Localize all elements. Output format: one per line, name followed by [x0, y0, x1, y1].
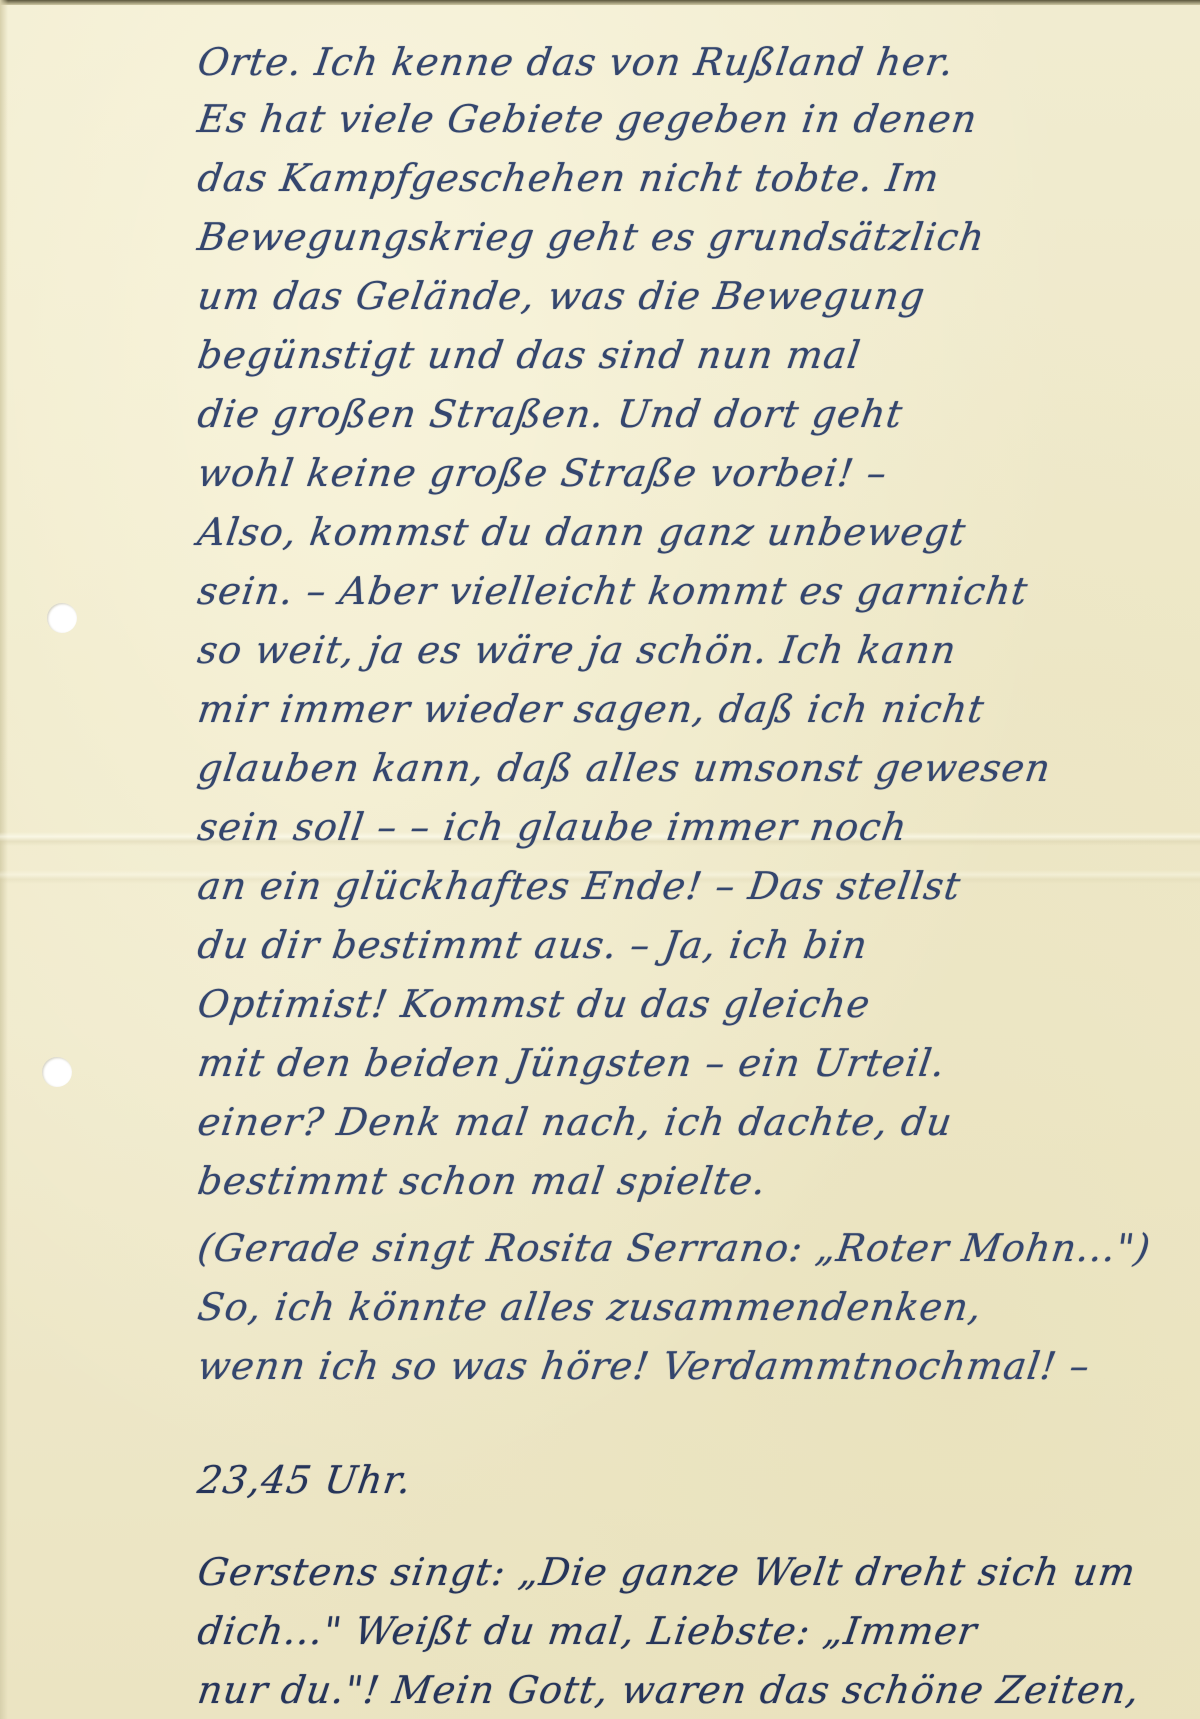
letter-line: um das Gelände, was die Bewegung	[195, 274, 928, 318]
letter-line: das Kampfgeschehen nicht tobte. Im	[195, 156, 942, 200]
letter-line: bestimmt schon mal spielte.	[195, 1159, 769, 1203]
letter-line: wenn ich so was höre! Verdammtnochmal! –	[195, 1344, 1093, 1388]
letter-line: Bewegungskrieg geht es grundsätzlich	[195, 215, 988, 259]
letter-line: begünstigt und das sind nun mal	[195, 333, 864, 377]
punch-hole-icon	[42, 1057, 72, 1087]
letter-line: so weit, ja es wäre ja schön. Ich kann	[195, 628, 959, 672]
letter-line: mir immer wieder sagen, daß ich nicht	[195, 687, 987, 731]
letter-line: Orte. Ich kenne das von Rußland her.	[195, 40, 957, 84]
letter-line: sein. – Aber vielleicht kommt es garnich…	[195, 569, 1031, 613]
letter-line: Gerstens singt: „Die ganze Welt dreht si…	[195, 1550, 1139, 1594]
letter-line: So, ich könnte alles zusammendenken,	[195, 1285, 985, 1329]
timestamp-line: 23,45 Uhr.	[195, 1458, 415, 1502]
letter-line: nur du."! Mein Gott, waren das schöne Ze…	[195, 1668, 1143, 1712]
letter-line: Also, kommst du dann ganz unbewegt	[195, 510, 969, 554]
letter-line: einer? Denk mal nach, ich dachte, du	[195, 1100, 955, 1144]
paper-top-edge	[0, 0, 1200, 5]
paper-left-edge	[0, 0, 8, 1719]
letter-line: dich..." Weißt du mal, Liebste: „Immer	[195, 1609, 980, 1653]
letter-line-parenthetical: (Gerade singt Rosita Serrano: „Roter Moh…	[195, 1226, 1154, 1270]
letter-line: glauben kann, daß alles umsonst gewesen	[195, 746, 1054, 790]
letter-line: sein soll – – ich glaube immer noch	[195, 805, 910, 849]
letter-line: Es hat viele Gebiete gegeben in denen	[195, 97, 980, 141]
letter-line: an ein glückhaftes Ende! – Das stellst	[195, 864, 964, 908]
punch-hole-icon	[47, 603, 77, 633]
letter-line: du dir bestimmt aus. – Ja, ich bin	[195, 923, 871, 967]
letter-line: Optimist! Kommst du das gleiche	[195, 982, 873, 1026]
letter-line: wohl keine große Straße vorbei! –	[195, 451, 890, 495]
letter-line: mit den beiden Jüngsten – ein Urteil.	[195, 1041, 948, 1085]
letter-line: die großen Straßen. Und dort geht	[195, 392, 906, 436]
